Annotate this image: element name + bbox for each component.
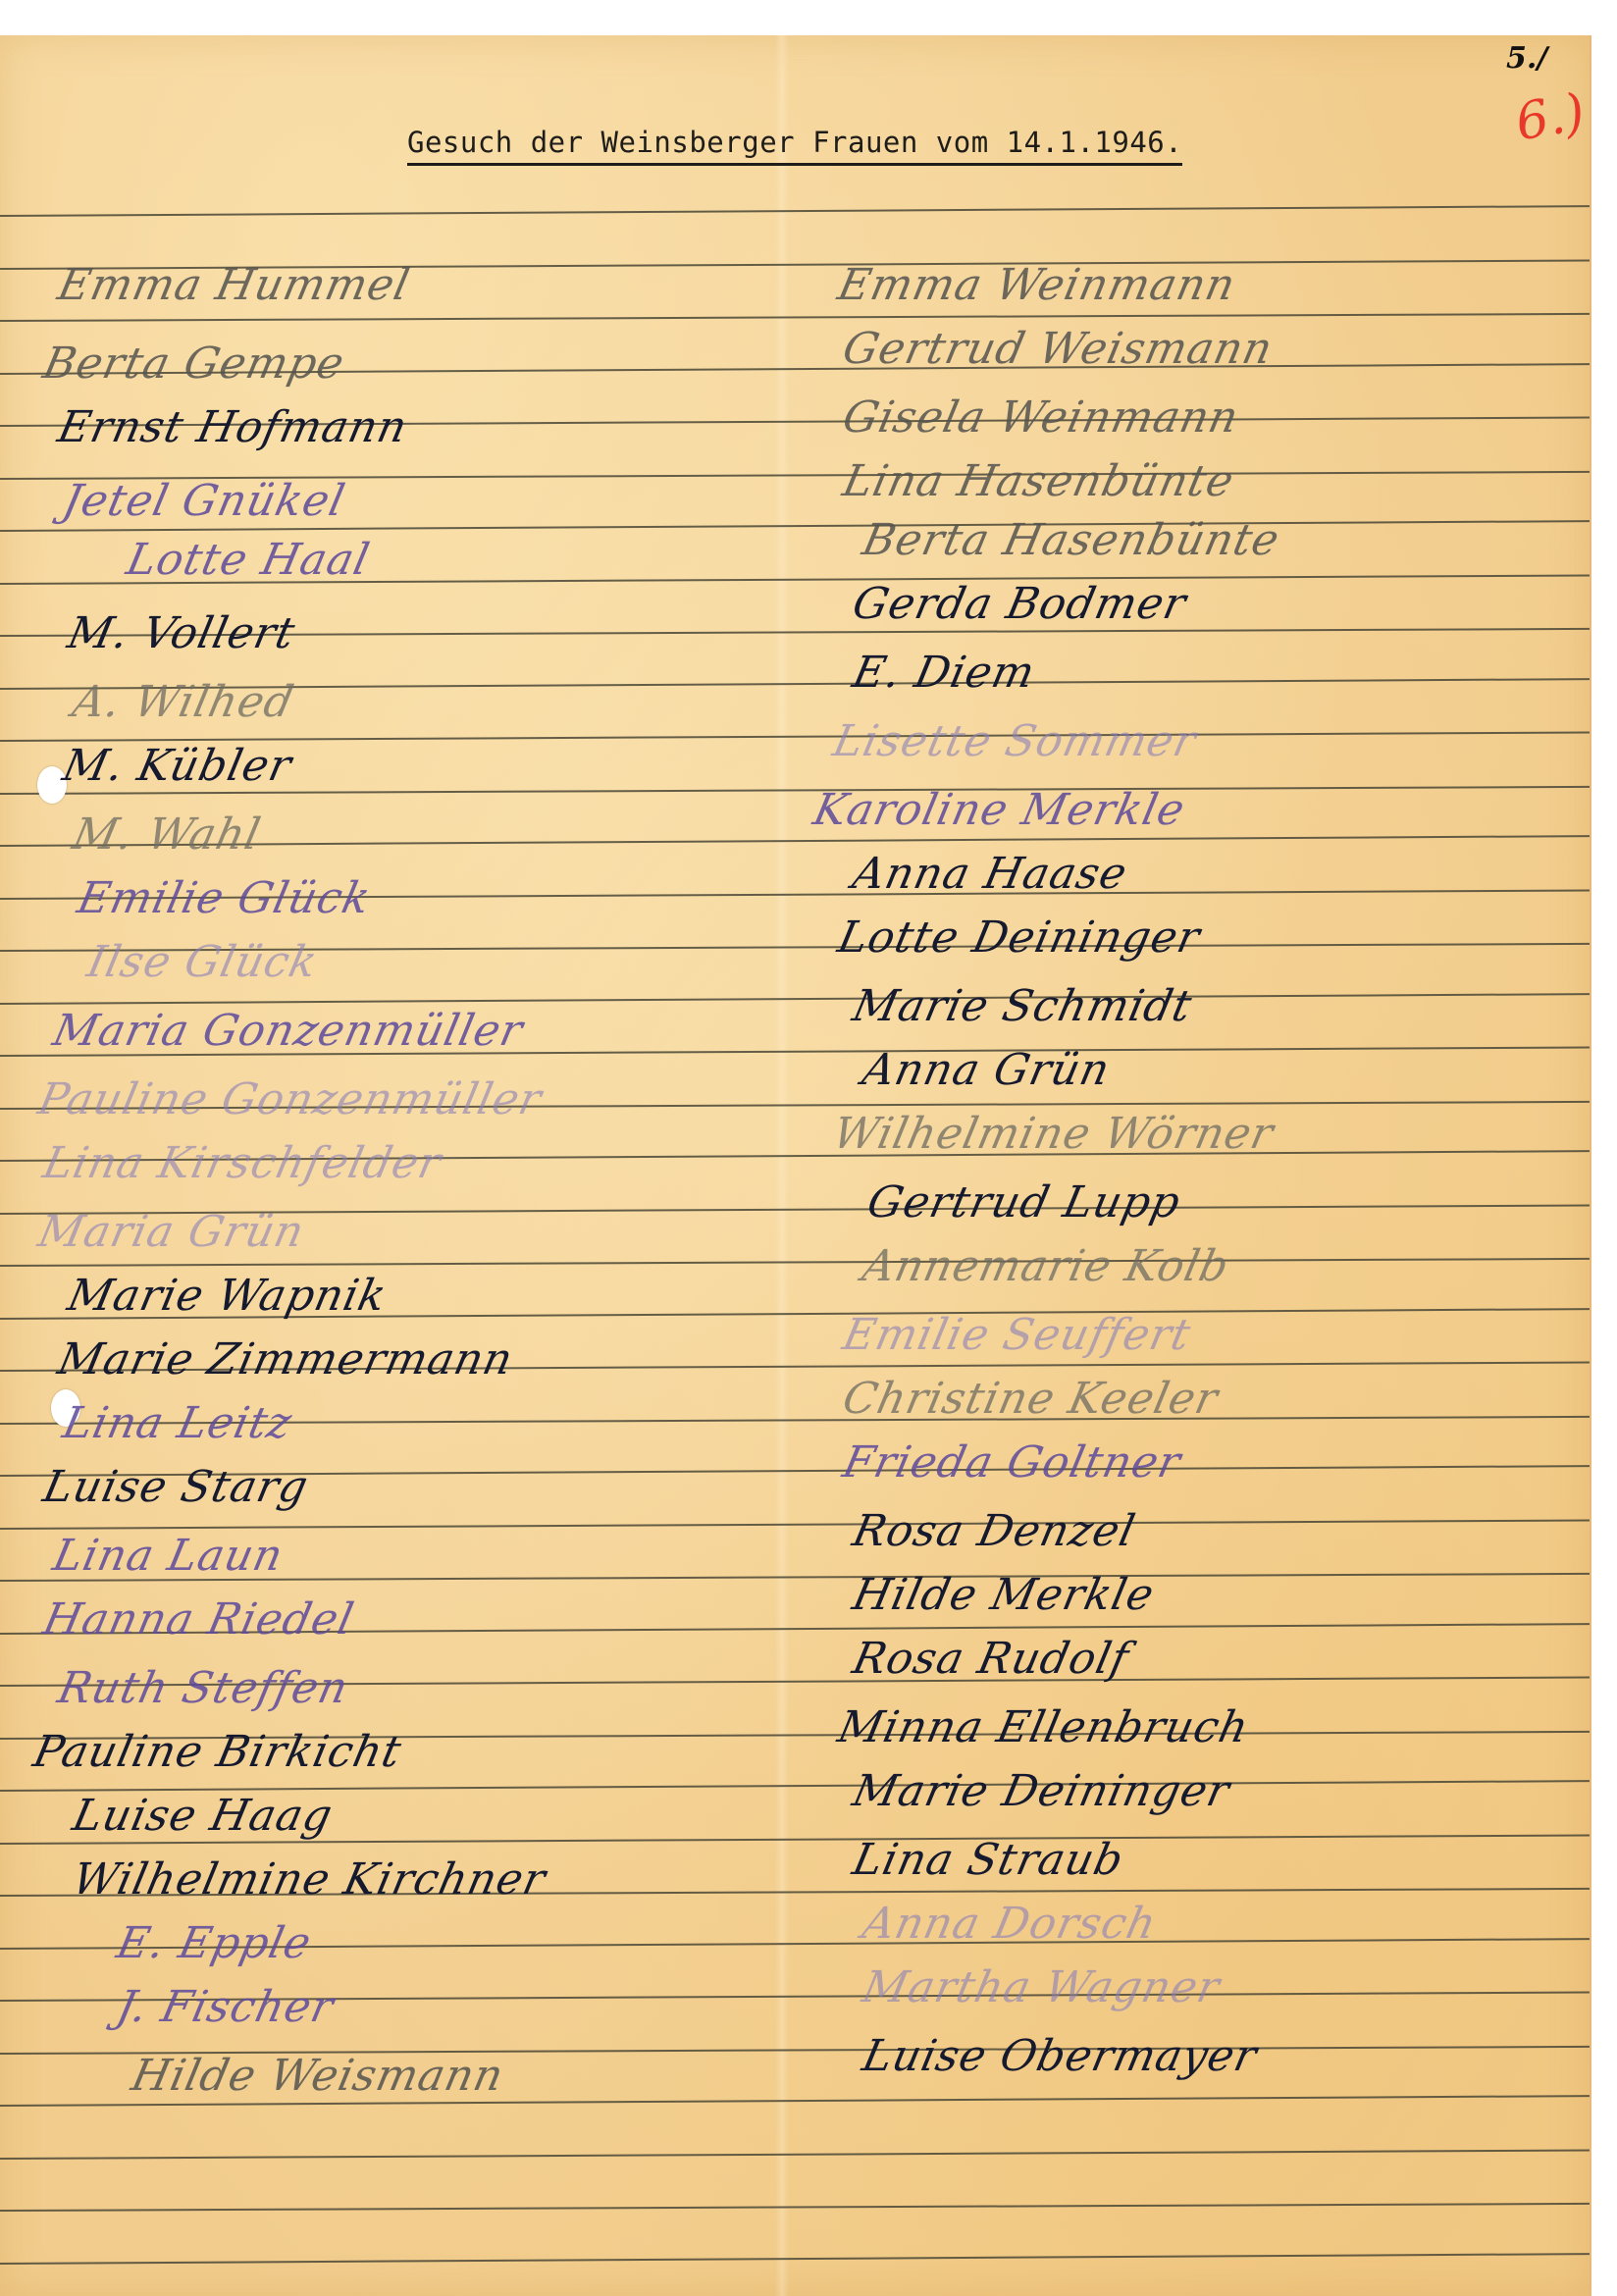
signature-right: Anna Haase [849, 849, 1132, 899]
rule-line [0, 313, 1590, 322]
signature-right: Wilhelmine Wörner [829, 1109, 1278, 1159]
signature-left: Lina Kirschfelder [39, 1138, 446, 1188]
rule-line [0, 993, 1590, 1005]
signature-left: Hilde Weismann [128, 2051, 509, 2101]
signature-left: Pauline Gonzenmüller [34, 1074, 547, 1124]
signature-left: Berta Gempe [39, 339, 349, 389]
rule-line [0, 205, 1590, 217]
signature-right: Luise Obermayer [859, 2031, 1262, 2081]
signature-right: Marie Deininger [849, 1766, 1235, 1816]
signature-right: Anna Dorsch [859, 1899, 1162, 1949]
signature-right: E. Diem [849, 648, 1040, 698]
signature-right: Gertrud Lupp [863, 1177, 1185, 1227]
rule-line [0, 2253, 1590, 2265]
signature-right: Minna Ellenbruch [834, 1702, 1254, 1752]
signature-left: Marie Zimmermann [54, 1334, 518, 1384]
signature-left: J. Fischer [113, 1982, 339, 2032]
signature-right: Hilde Merkle [849, 1570, 1159, 1620]
rule-line [0, 1519, 1590, 1529]
signature-right: Karoline Merkle [809, 785, 1190, 835]
signature-right: Berta Hasenbünte [859, 515, 1284, 565]
signature-left: Wilhelmine Kirchner [69, 1854, 550, 1905]
signature-right: Rosa Denzel [849, 1506, 1140, 1556]
signature-left: Marie Wapnik [64, 1271, 391, 1321]
signature-right: Gertrud Weismann [839, 324, 1278, 374]
signature-left: Luise Starg [39, 1462, 313, 1512]
signature-left: Luise Haag [69, 1791, 338, 1841]
signature-left: Lotte Haal [123, 535, 375, 585]
signature-left: A. Wilhed [69, 677, 299, 727]
signature-left: Ilse Glück [83, 937, 323, 987]
signature-left: Maria Gonzenmüller [49, 1006, 528, 1056]
archive-mark-red: 6.) [1511, 82, 1589, 152]
signature-right: Frieda Goltner [839, 1437, 1186, 1487]
signature-left: M. Vollert [64, 608, 300, 658]
signature-left: Maria Grün [34, 1207, 309, 1257]
signature-left: M. Wahl [69, 809, 266, 860]
signature-left: Ruth Steffen [54, 1663, 353, 1713]
signature-right: Gisela Weinmann [839, 392, 1244, 443]
signature-right: Gerda Bodmer [849, 579, 1191, 629]
paper-fold [775, 35, 789, 2296]
signature-left: E. Epple [113, 1918, 316, 1968]
signature-left: Emilie Glück [74, 873, 376, 923]
signature-right: Emilie Seuffert [839, 1310, 1196, 1360]
signature-left: Ernst Hofmann [54, 402, 412, 452]
signature-right: Lina Straub [849, 1835, 1128, 1885]
signature-left: Emma Hummel [54, 260, 415, 310]
signature-left: Lina Leitz [59, 1398, 297, 1448]
signature-right: Emma Weinmann [834, 260, 1240, 310]
signature-right: Rosa Rudolf [849, 1634, 1134, 1684]
rule-line [0, 2203, 1590, 2212]
signature-left: M. Kübler [59, 741, 296, 791]
signature-right: Martha Wagner [859, 1962, 1226, 2012]
signature-left: Lina Laun [49, 1531, 288, 1581]
signature-left: Hanna Riedel [39, 1594, 359, 1644]
rule-line [0, 1258, 1590, 1267]
signature-left: Jetel Gnükel [59, 476, 350, 526]
signature-right: Lina Hasenbünte [839, 456, 1239, 506]
signature-left: Pauline Birkicht [29, 1727, 406, 1777]
signature-right: Anna Grün [859, 1045, 1115, 1095]
signature-right: Annemarie Kolb [859, 1241, 1234, 1291]
signature-right: Marie Schmidt [849, 981, 1197, 1031]
signature-right: Lotte Deininger [834, 913, 1205, 963]
document-title: Gesuch der Weinsberger Frauen vom 14.1.1… [407, 126, 1182, 166]
signature-right: Christine Keeler [839, 1374, 1224, 1424]
folio-number: 5./ [1506, 41, 1547, 76]
signature-right: Lisette Sommer [829, 716, 1201, 766]
rule-line [0, 2149, 1590, 2159]
